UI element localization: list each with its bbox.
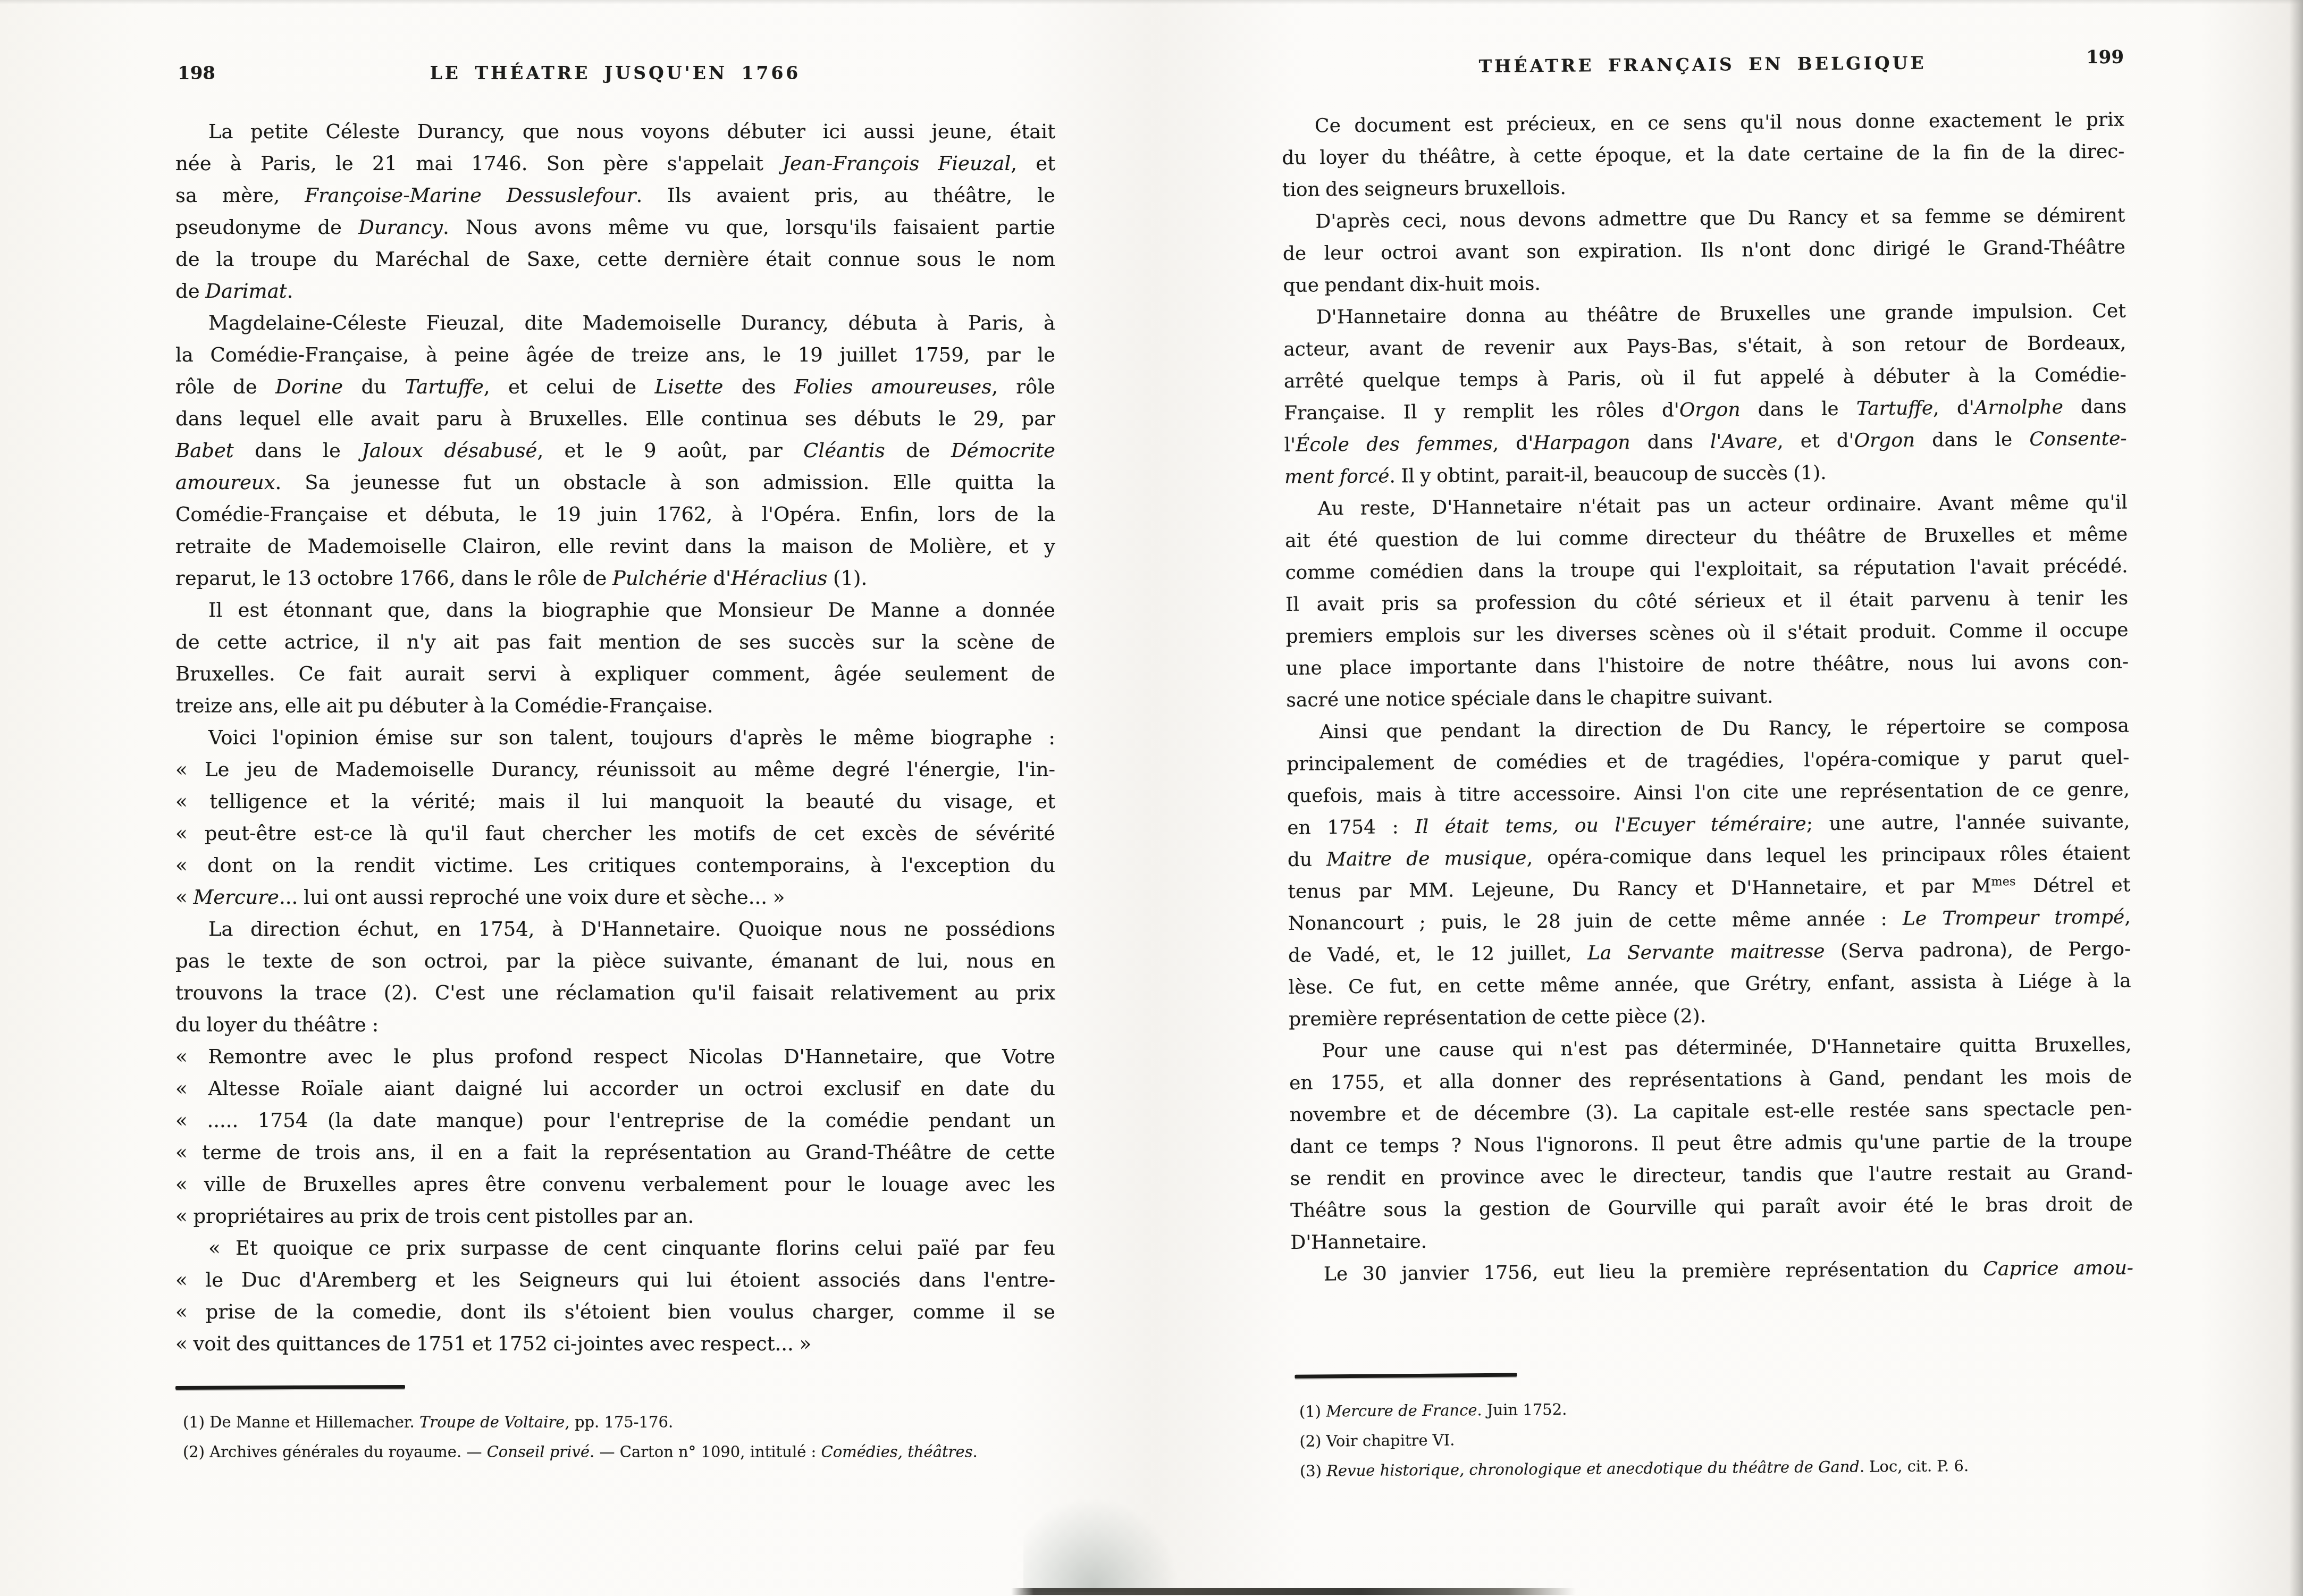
text-line: dans lequel elle avait paru à Bruxelles.…: [175, 403, 1055, 435]
text-line: « Et quoique ce prix surpasse de cent ci…: [175, 1232, 1055, 1264]
text-line: Voici l'opinion émise sur son talent, to…: [175, 722, 1055, 754]
text-line: pas le texte de son octroi, par la pièce…: [175, 945, 1055, 977]
right-page: THÉATRE FRANÇAIS EN BELGIQUE 199 Ce docu…: [1281, 51, 2135, 1486]
text-line: « le Duc d'Aremberg et les Seigneurs qui…: [175, 1264, 1055, 1296]
text-line: « ..... 1754 (la date manque) pour l'ent…: [175, 1105, 1055, 1137]
text-line: « dont on la rendit victime. Les critiqu…: [175, 850, 1055, 881]
book-bottom-edge-shadow: [1011, 1588, 1576, 1595]
text-line: de leur octroi avant son expiration. Ils…: [1283, 232, 2125, 270]
text-line: Bruxelles. Ce fait aurait servi à expliq…: [175, 658, 1055, 690]
text-line: de la troupe du Maréchal de Saxe, cette …: [175, 243, 1055, 275]
text-line: La petite Céleste Durancy, que nous voyo…: [175, 116, 1055, 148]
footnote-line: (3) Revue historique, chronologique et a…: [1292, 1449, 2135, 1485]
scan-top-edge-shadow: [0, 0, 2303, 4]
text-line: Babet dans le Jaloux désabusé, et le 9 a…: [175, 435, 1055, 467]
text-line: l'École des femmes, d'Harpagon dans l'Av…: [1284, 423, 2127, 461]
text-line: « peut-être est-ce là qu'il faut cherche…: [175, 818, 1055, 850]
text-line: trouvons la trace (2). C'est une réclama…: [175, 977, 1055, 1009]
text-line: « telligence et la vérité; mais il lui m…: [175, 786, 1055, 818]
right-footnotes: (1) Mercure de France. Juin 1752.(2) Voi…: [1292, 1390, 2135, 1485]
left-footnotes: (1) De Manne et Hillemacher. Troupe de V…: [175, 1407, 1055, 1467]
text-line: du loyer du théâtre, à cette époque, et …: [1282, 136, 2124, 174]
footnote-line: (1) De Manne et Hillemacher. Troupe de V…: [175, 1407, 1055, 1437]
text-line: lèse. Ce fut, en cette même année, que G…: [1289, 965, 2131, 1003]
text-line: amoureux. Sa jeunesse fut un obstacle à …: [175, 467, 1055, 499]
text-line: née à Paris, le 21 mai 1746. Son père s'…: [175, 148, 1055, 180]
footnote-line: (2) Archives générales du royaume. — Con…: [175, 1437, 1055, 1467]
left-text-column: La petite Céleste Durancy, que nous voyo…: [175, 116, 1055, 1360]
text-line: « Remontre avec le plus profond respect …: [175, 1041, 1055, 1073]
left-running-title: LE THÉATRE JUSQU'EN 1766: [175, 63, 1055, 83]
right-text-column: Ce document est précieux, en ce sens qu'…: [1282, 104, 2133, 1291]
text-line: rôle de Dorine du Tartuffe, et celui de …: [175, 371, 1055, 403]
right-page-number: 199: [2086, 47, 2124, 69]
book-scan: { "left_page": { "page_number": "198", "…: [0, 0, 2303, 1596]
text-line: reparut, le 13 octobre 1766, dans le rôl…: [175, 562, 1055, 594]
text-line: retraite de Mademoiselle Clairon, elle r…: [175, 531, 1055, 562]
text-line: « Le jeu de Mademoiselle Durancy, réunis…: [175, 754, 1055, 786]
text-line: du loyer du théâtre :: [175, 1009, 1055, 1041]
text-line: « prise de la comedie, dont ils s'étoien…: [175, 1296, 1055, 1328]
left-page: 198 LE THÉATRE JUSQU'EN 1766 La petite C…: [175, 63, 1055, 1467]
text-line: pseudonyme de Durancy. Nous avons même v…: [175, 212, 1055, 243]
text-line: « ville de Bruxelles apres être convenu …: [175, 1169, 1055, 1200]
text-line: une place importante dans l'histoire de …: [1286, 646, 2129, 685]
text-line: de cette actrice, il n'y ait pas fait me…: [175, 626, 1055, 658]
text-line: sa mère, Françoise-Marine Dessuslefour. …: [175, 180, 1055, 212]
text-line: Le 30 janvier 1756, eut lieu la première…: [1291, 1252, 2133, 1290]
text-line: « Altesse Roïale aiant daigné lui accord…: [175, 1073, 1055, 1105]
page-right-edge-shadow: [2289, 0, 2303, 1596]
left-page-number: 198: [178, 63, 215, 84]
left-page-header: 198 LE THÉATRE JUSQU'EN 1766: [175, 63, 1055, 87]
right-running-title: THÉATRE FRANÇAIS EN BELGIQUE: [1281, 51, 2124, 78]
text-line: « propriétaires au prix de trois cent pi…: [175, 1200, 1055, 1232]
text-line: Magdelaine-Céleste Fieuzal, dite Mademoi…: [175, 307, 1055, 339]
text-line: Il est étonnant que, dans la biographie …: [175, 594, 1055, 626]
left-footnote-rule: [175, 1385, 405, 1390]
text-line: La direction échut, en 1754, à D'Hanneta…: [175, 913, 1055, 945]
text-line: de Darimat.: [175, 275, 1055, 307]
text-line: treize ans, elle ait pu débuter à la Com…: [175, 690, 1055, 722]
text-line: « Mercure... lui ont aussi reproché une …: [175, 881, 1055, 913]
right-page-header: THÉATRE FRANÇAIS EN BELGIQUE 199: [1281, 51, 2124, 82]
text-line: « voit des quittances de 1751 et 1752 ci…: [175, 1328, 1055, 1360]
right-footnote-rule: [1295, 1373, 1517, 1379]
text-line: Comédie-Française et débuta, le 19 juin …: [175, 499, 1055, 531]
text-line: « terme de trois ans, il en a fait la re…: [175, 1137, 1055, 1169]
text-line: Théâtre sous la gestion de Gourville qui…: [1290, 1188, 2133, 1227]
book-gutter-shadow: [1023, 1499, 1178, 1592]
text-line: la Comédie-Française, à peine âgée de tr…: [175, 339, 1055, 371]
